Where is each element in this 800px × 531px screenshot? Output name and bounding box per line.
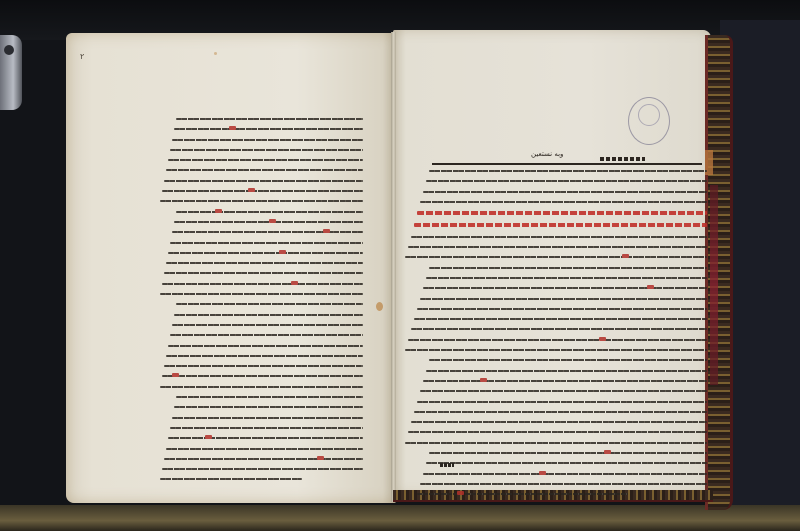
basmala (600, 157, 645, 161)
manuscript-line (172, 417, 363, 419)
manuscript-line (166, 448, 363, 450)
manuscript-line (414, 411, 707, 413)
manuscript-line (405, 442, 707, 444)
ownership-stamp (628, 97, 670, 145)
manuscript-line (174, 221, 363, 223)
manuscript-line (420, 201, 707, 203)
manuscript-line (176, 118, 363, 120)
rubric-mark (279, 250, 286, 254)
basmala-rule (432, 163, 702, 165)
book-gutter (391, 32, 396, 502)
left-page-text (160, 118, 363, 489)
stain (376, 302, 383, 311)
manuscript-line (405, 349, 707, 351)
manuscript-line (426, 277, 707, 279)
manuscript-line (426, 462, 707, 464)
manuscript-line (166, 262, 363, 264)
stain (214, 52, 217, 55)
manuscript-line (417, 401, 707, 403)
manuscript-line (160, 478, 302, 480)
opening-invocation: وبه نستعين (531, 150, 563, 158)
manuscript-line (411, 236, 707, 238)
rubric-mark (248, 188, 255, 192)
manuscript-line (408, 339, 707, 341)
manuscript-line (174, 314, 363, 316)
rubric-mark (317, 456, 324, 460)
manuscript-line (160, 293, 363, 295)
manuscript-line (176, 303, 363, 305)
gilt-cover-edge (705, 35, 733, 510)
rubric-mark (269, 219, 276, 223)
manuscript-line (417, 211, 707, 215)
manuscript-line (420, 298, 707, 300)
manuscript-line (176, 211, 363, 213)
manuscript-line (174, 406, 363, 408)
manuscript-line (164, 458, 363, 460)
manuscript-line (170, 334, 363, 336)
rubric-mark (205, 435, 212, 439)
manuscript-line (168, 345, 363, 347)
manuscript-line (174, 128, 363, 130)
manuscript-line (168, 159, 363, 161)
rubric-mark (229, 126, 236, 130)
manuscript-line (160, 200, 363, 202)
manuscript-line (426, 370, 707, 372)
manuscript-line (408, 246, 707, 248)
manuscript-line (414, 318, 707, 320)
folio-number: ٢ (80, 52, 84, 61)
manuscript-line (420, 483, 707, 485)
manuscript-line (170, 242, 363, 244)
rubric-mark (215, 209, 222, 213)
manuscript-line (164, 272, 363, 274)
manuscript-line (411, 421, 707, 423)
manuscript-line (172, 231, 363, 233)
manuscript-line (168, 437, 363, 439)
rubric-mark (291, 281, 298, 285)
rubric-mark (599, 337, 606, 341)
manuscript-line (168, 252, 363, 254)
manuscript-line (417, 493, 628, 495)
manuscript-line (162, 375, 363, 377)
manuscript-line (423, 473, 707, 475)
rubric-mark (457, 491, 464, 495)
rubric-mark (647, 285, 654, 289)
manuscript-line (411, 328, 707, 330)
rubric-mark (604, 450, 611, 454)
catchword (440, 463, 454, 467)
manuscript-line (405, 256, 707, 258)
manuscript-line (426, 180, 707, 182)
manuscript-line (408, 431, 707, 433)
manuscript-line (423, 287, 707, 289)
manuscript-line (176, 396, 363, 398)
manuscript-line (164, 180, 363, 182)
right-page-text (405, 170, 707, 504)
manuscript-line (429, 170, 707, 172)
manuscript-line (164, 365, 363, 367)
table-edge (0, 505, 800, 531)
manuscript-line (162, 468, 363, 470)
page-clip (0, 35, 22, 110)
manuscript-line (162, 190, 363, 192)
manuscript-line (170, 427, 363, 429)
manuscript-line (414, 223, 707, 227)
rubric-mark (480, 378, 487, 382)
manuscript-line (172, 139, 363, 141)
manuscript-line (423, 380, 707, 382)
manuscript-line (420, 390, 707, 392)
manuscript-line (172, 324, 363, 326)
rubric-mark (323, 229, 330, 233)
manuscript-line (160, 386, 363, 388)
rubric-mark (539, 471, 546, 475)
rubric-mark (172, 373, 179, 377)
manuscript-line (429, 452, 707, 454)
manuscript-line (162, 283, 363, 285)
manuscript-line (423, 191, 707, 193)
manuscript-line (166, 169, 363, 171)
manuscript-line (170, 149, 363, 151)
manuscript-line (429, 267, 707, 269)
rubric-mark (622, 254, 629, 258)
manuscript-line (429, 359, 707, 361)
manuscript-line (166, 355, 363, 357)
manuscript-line (417, 308, 707, 310)
